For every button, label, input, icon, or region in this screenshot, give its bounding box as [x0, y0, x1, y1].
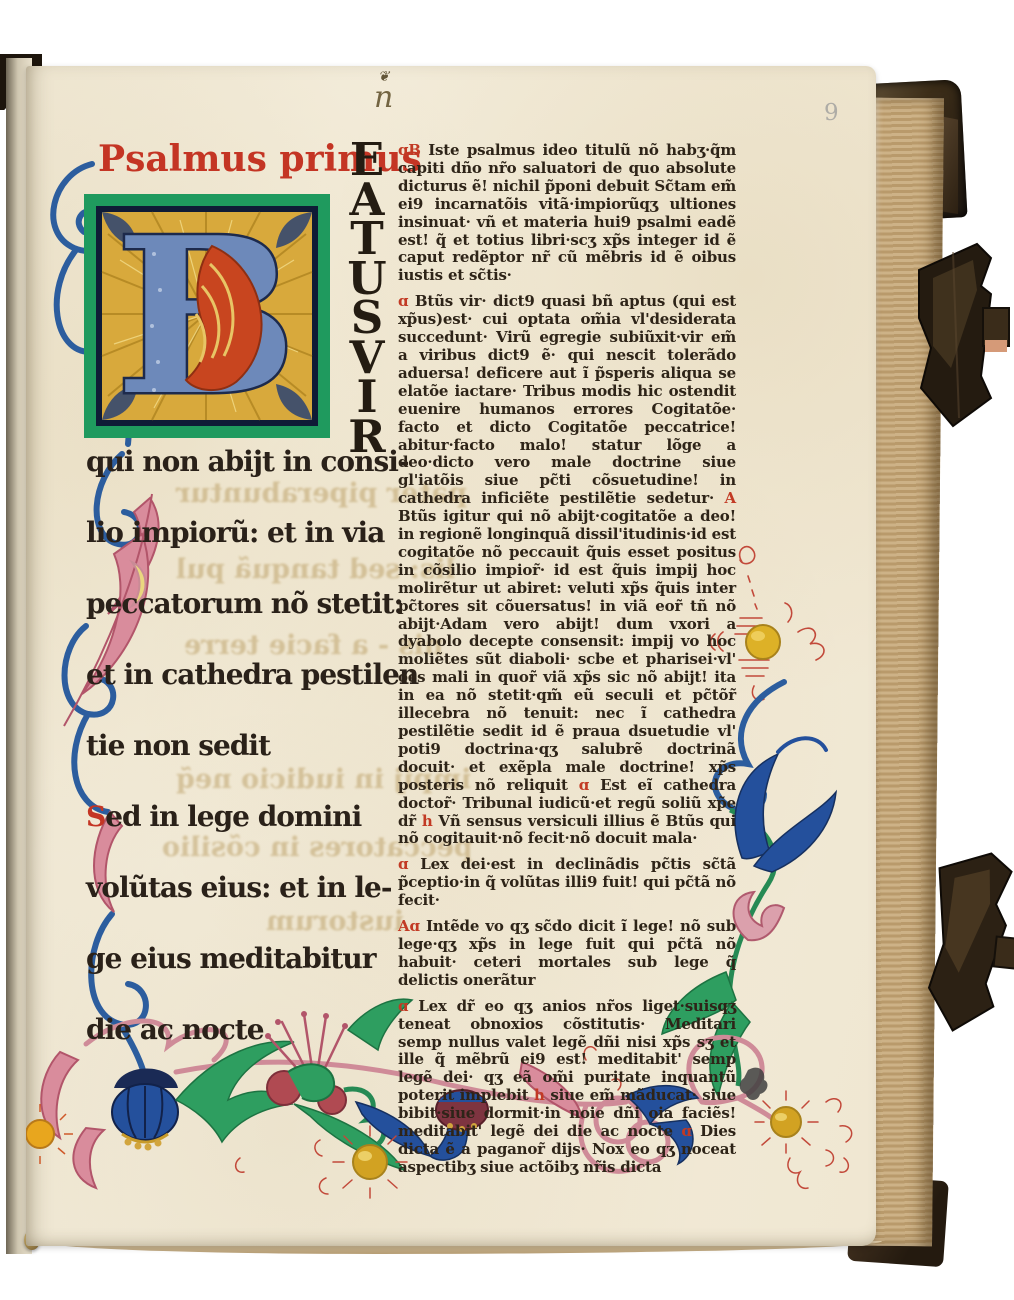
blue-bell-flower — [112, 1069, 178, 1151]
commentary-paragraph: ɑ Lex dr̃ eo qʒ anios nr̃os liget·suisqʒ… — [398, 998, 736, 1177]
right-vine-stem — [729, 810, 775, 1086]
pencil-folio-number: 9 — [824, 100, 839, 126]
metal-clasp-upper — [893, 228, 1014, 440]
psalm-line: et in cathedra pestilen — [86, 639, 402, 710]
gold-sun-center — [315, 1126, 407, 1198]
right-vine-pink-flower — [734, 892, 784, 940]
right-vine-blue-leaves — [735, 754, 836, 872]
psalm-line: peccatorum nõ stetit: — [86, 568, 402, 639]
commentary-paragraph: ɑB Iste psalmus ideo titulũ nõ habʒ·q̃m … — [398, 142, 736, 285]
commentary-column: ɑB Iste psalmus ideo titulũ nõ habʒ·q̃m … — [398, 142, 736, 1185]
manuscript-page: ❦ n 9 Psalmus primus B — [26, 66, 876, 1246]
gold-sun-left — [26, 1104, 73, 1164]
psalm-line: die ac nocte — [86, 994, 402, 1065]
psalm-text-block: qui non abijt in consi-lio impiorũ: et i… — [86, 426, 402, 1065]
metal-clasp-lower — [902, 836, 1014, 1047]
ink-smudge — [740, 1068, 768, 1100]
commentary-paragraph: ɑ Lex dei·est in declinãdis pc̃tis sc̃tã… — [398, 856, 736, 910]
psalm-line: volũtas eius: et in le- — [86, 852, 402, 923]
psalm-line: lio impiorũ: et in via — [86, 497, 402, 568]
psalm-line: tie non sedit — [86, 710, 402, 781]
psalm-line: ge eius meditabitur — [86, 923, 402, 994]
initial-continuation-letters: EATUSVIR — [332, 140, 402, 456]
illuminated-initial-B: B — [84, 194, 330, 438]
gold-sun-right — [755, 1091, 852, 1188]
psalm-line: qui non abijt in consi- — [86, 426, 402, 497]
ink-inscription: ❦ n — [374, 74, 393, 115]
commentary-paragraph: ɑ Btũs vir· dict9 quasi bñ aptus (qui es… — [398, 293, 736, 848]
commentary-paragraph: Aɑ Intẽde vo qʒ sc̃do dicit ĩ lege! nõ s… — [398, 918, 736, 990]
gold-besant — [746, 625, 780, 659]
psalm-line: Sed in lege domini — [86, 781, 402, 852]
photo-of-incunable-page: ❦ n 9 Psalmus primus B — [0, 0, 1014, 1300]
